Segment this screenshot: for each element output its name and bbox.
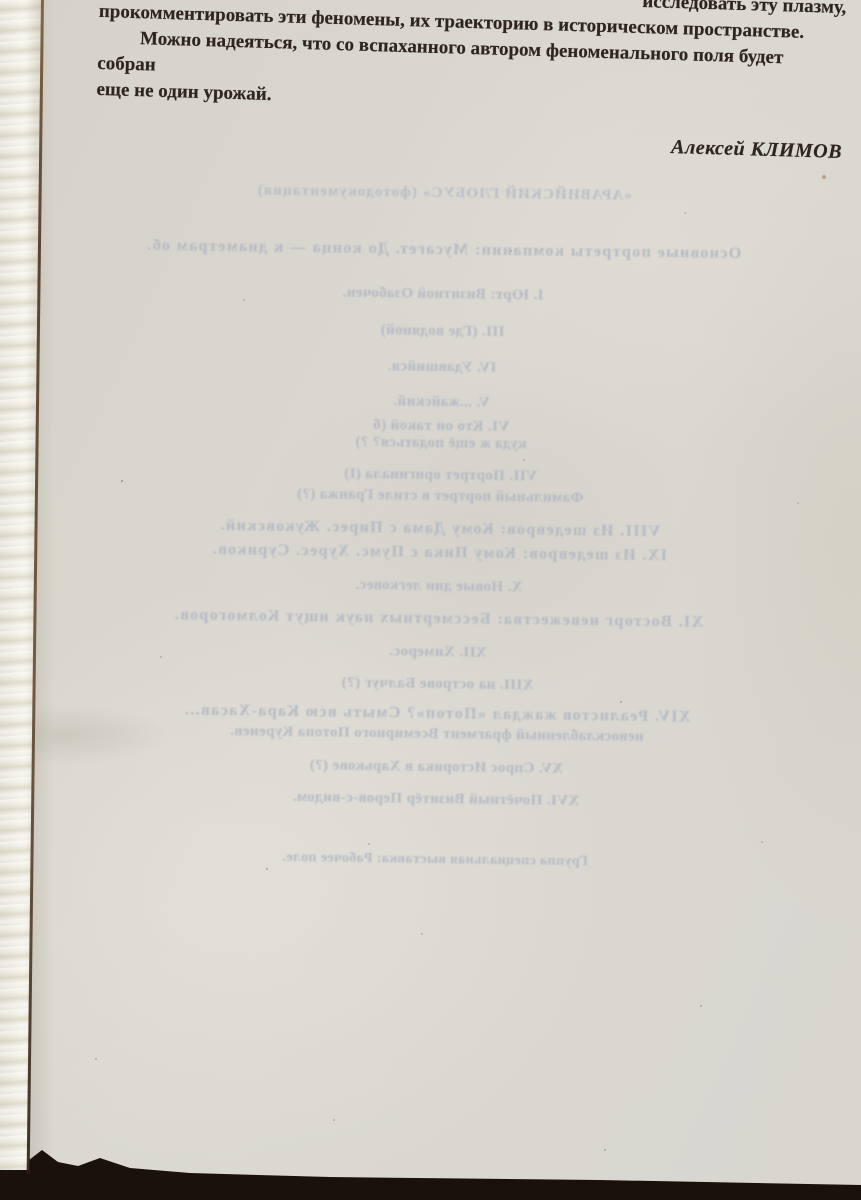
dust-specks [0,0,2,2]
bleedthrough-line: IX. Из шедевров: Кому Пика с Пумс. Хурес… [39,538,839,567]
bleedthrough-line: Основные портреты компании: Мусагет. До … [43,235,843,264]
printed-text-block: исследовать эту плазму, прокомментироват… [37,0,861,165]
bleedthrough-line: XIII. на острове Балчуг (?) [37,670,837,698]
bleedthrough-line: XVI. Почётный Визитёр Перов-с-видом. [36,785,836,813]
scanned-book-page: исследовать эту плазму, прокомментироват… [0,0,861,1200]
bleedthrough-line: IV. Удавшийся. [42,353,842,381]
bleedthrough-line: V. ...жайский. [41,388,841,416]
bleedthrough-line: XI. Восторг невежества: Бессмертных наук… [38,604,838,633]
bleedthrough-line: III. (Где водяной) [42,317,842,345]
bleedthrough-line: «АРАВИЙСКИЙ ГЛОБУС» (фотодокументация) [44,179,844,207]
bleedthrough-line: Группа специальная выставка: Рабочее пол… [35,846,835,873]
bleedthrough-line: I. Юрт: Визитной Озабочен. [43,280,843,308]
bleedthrough-line: XII. Химерос. [38,638,838,666]
bleedthrough-line: XV. Спрос Историка в Харькове (?) [36,753,836,781]
bleedthrough-line: X. Новые дни легковес. [39,572,839,600]
